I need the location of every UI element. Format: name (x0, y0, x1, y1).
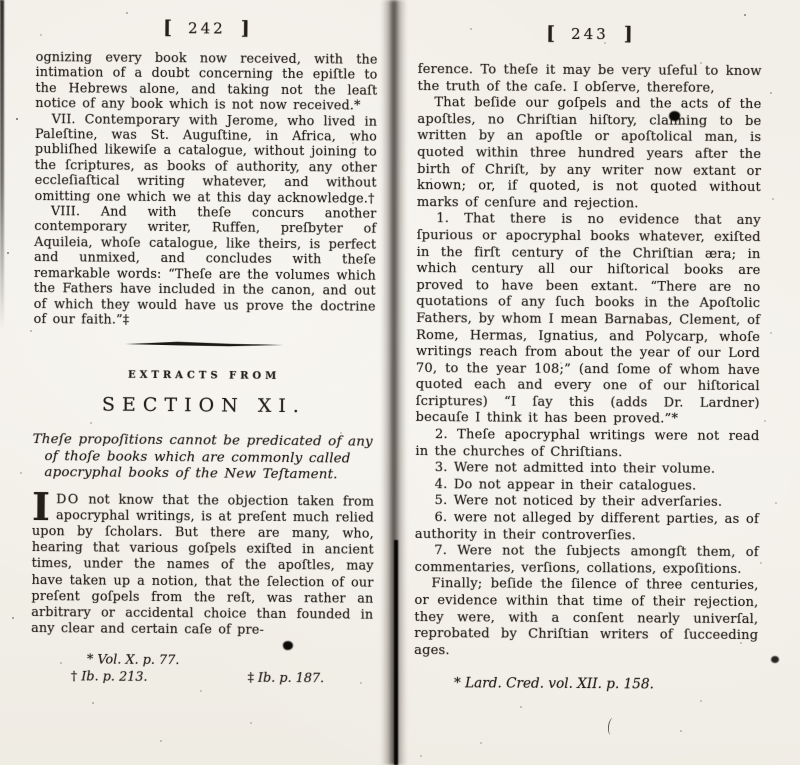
item-number: 2. (435, 427, 448, 442)
item-number: 1. (436, 211, 449, 226)
right-paragraph-beside-gospels: That beſide our goſpels and the acts of … (417, 95, 762, 213)
left-opening-paragraph: IDO not know that the objection taken fr… (31, 491, 374, 640)
right-paragraph-continuation: ference. To theſe it may be very uſeful … (418, 62, 762, 97)
footnote-spacer (147, 681, 247, 682)
section-title: SECTION XI. (33, 393, 375, 418)
item-text: Theſe apocryphal writings were not read … (415, 427, 759, 460)
extracts-from-label: EXTRACTS FROM (33, 369, 375, 383)
footnote-text: Vol. X. p. 77. (97, 653, 179, 669)
right-closing-paragraph: Finally; beſide the ſilence of three cen… (414, 576, 759, 661)
numbered-item: 6. were not alleged by different parties… (415, 510, 759, 545)
footnote-text: Ib. p. 187. (258, 671, 324, 687)
left-paragraph-viii: VIII. And with theſe concurs another con… (34, 203, 377, 329)
item-text: Were not noticed by their adverſaries. (454, 494, 723, 511)
dagger-mark: † (71, 670, 78, 685)
numbered-item: 3. Were not admitted into their volume. (415, 460, 759, 479)
opening-text: not know that the objection taken from a… (31, 491, 374, 637)
footnote-text: Lard. Cred. vol. XII. p. 158. (465, 676, 654, 693)
right-folio: [243] (418, 22, 762, 46)
asterisk-mark: * (87, 653, 94, 668)
item-number: 5. (435, 494, 448, 509)
paper-noise-specks (0, 0, 2, 2)
page-gutter-crease (394, 540, 398, 765)
item-number: 7. (434, 543, 447, 558)
footnote-line: * Lard. Cred. vol. XII. p. 158. (414, 675, 758, 694)
asterisk-mark: * (454, 676, 461, 692)
ink-blot (771, 656, 779, 663)
item-text: Do not appear in their catalogues. (454, 477, 697, 493)
opening-lead-word: DO (56, 491, 80, 506)
right-folio-open-bracket: [ (546, 23, 556, 45)
item-number: 3. (435, 460, 448, 475)
numbered-item: 1. That there is no evidence that any ſp… (416, 211, 761, 429)
stray-pen-mark (607, 718, 617, 736)
item-number: 4. (435, 477, 448, 492)
numbered-item: 7. Were not the ſubjects amongſt them, o… (415, 543, 759, 578)
drop-cap-initial: I (32, 491, 56, 522)
left-folio: [242] (36, 16, 378, 41)
scan-edge-shadow (0, 0, 4, 330)
right-page: [243] ference. To theſe it may be very u… (414, 22, 762, 694)
left-page: [242] ognizing every book now received, … (31, 16, 378, 688)
left-paragraph-continuation: ognizing every book now received, with t… (35, 49, 377, 113)
section-epigraph: Theſe propoſitions cannot be predicated … (32, 432, 374, 484)
left-page-number: 242 (188, 19, 226, 37)
item-text: That there is no evidence that any ſpuri… (416, 212, 761, 427)
section-divider-rule (33, 339, 375, 350)
double-dagger-mark: ‡ (247, 671, 254, 686)
item-number: 6. (434, 510, 447, 525)
item-text: Were not the ſubjects amongſt them, of c… (415, 543, 759, 576)
left-footnotes: * Vol. X. p. 77. † Ib. p. 213.‡ Ib. p. 1… (31, 651, 373, 688)
left-folio-close-bracket: ] (241, 18, 251, 40)
right-page-number: 243 (571, 25, 609, 43)
right-footnotes: * Lard. Cred. vol. XII. p. 158. (414, 675, 758, 694)
footnote-line: † Ib. p. 213.‡ Ib. p. 187. (31, 668, 373, 688)
numbered-item: 2. Theſe apocryphal writings were not re… (415, 427, 759, 462)
footnote-text: Ib. p. 213. (81, 670, 147, 686)
left-paragraph-vii: VII. Contemporary with Jerome, who lived… (35, 111, 378, 206)
item-text: Were not admitted into their volume. (454, 460, 715, 477)
item-text: were not alleged by different parties, a… (415, 510, 759, 543)
scanned-book-spread: [242] ognizing every book now received, … (0, 0, 800, 765)
left-folio-open-bracket: [ (163, 17, 173, 39)
right-folio-close-bracket: ] (624, 23, 634, 45)
